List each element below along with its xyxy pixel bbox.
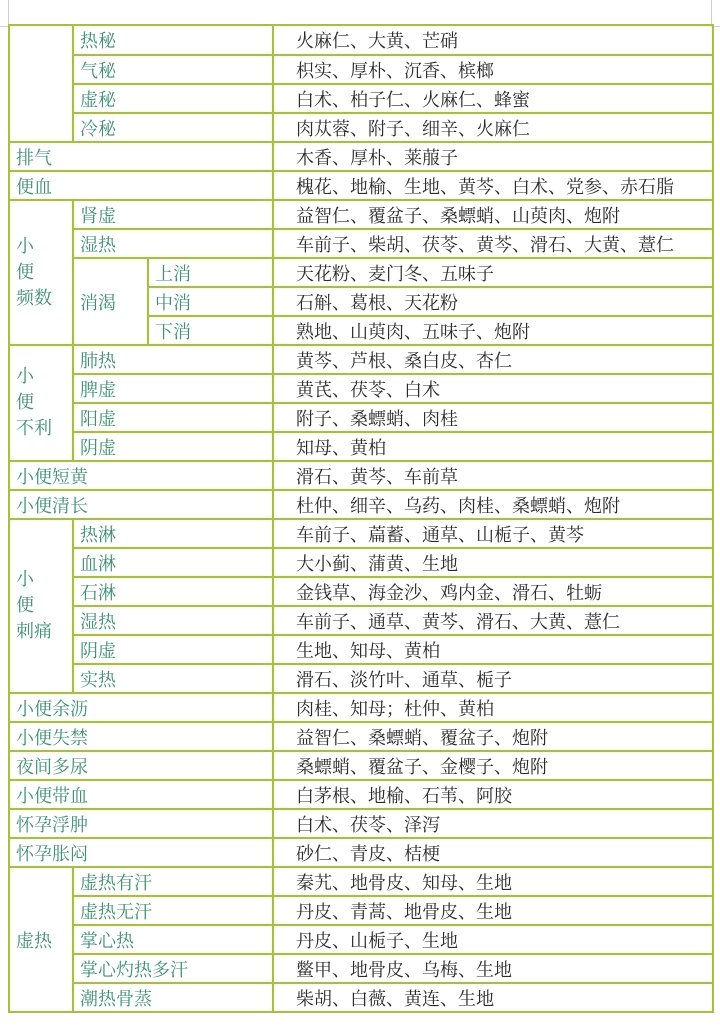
- herbs-cell: 益智仁、覆盆子、桑螵蛸、山萸肉、炮附: [272, 199, 714, 230]
- herbs-cell: 木香、厚朴、莱菔子: [272, 141, 714, 172]
- item-cell: 排气: [8, 141, 274, 172]
- herbs-cell: 滑石、淡竹叶、通草、栀子: [272, 663, 714, 694]
- item-cell: 肾虚: [72, 199, 274, 230]
- item-cell: 中消: [147, 286, 274, 317]
- item-cell: 虚热有汗: [72, 866, 274, 897]
- herbs-cell: 白茅根、地榆、石苇、阿胶: [272, 779, 714, 810]
- frequent-urination-group: 小 便频数: [8, 199, 74, 346]
- herbs-cell: 鳖甲、地骨皮、乌梅、生地: [272, 953, 714, 984]
- herbs-cell: 柴胡、白薇、黄连、生地: [272, 982, 714, 1013]
- herb-table: 小 便频数消渴小 便不利小 便刺痛虚热热秘火麻仁、大黄、芒硝气秘枳实、厚朴、沉香…: [0, 0, 720, 1026]
- difficult-urination-group: 小 便不利: [8, 344, 74, 462]
- item-cell: 怀孕浮肿: [8, 808, 274, 839]
- item-cell: 阳虚: [72, 402, 274, 433]
- herbs-cell: 肉桂、知母；杜仲、黄柏: [272, 692, 714, 723]
- item-cell: 下消: [147, 315, 274, 346]
- item-cell: 热秘: [72, 24, 274, 56]
- herbs-cell: 槐花、地榆、生地、黄芩、白术、党参、赤石脂: [272, 170, 714, 201]
- herbs-cell: 秦艽、地骨皮、知母、生地: [272, 866, 714, 897]
- herbs-cell: 大小蓟、蒲黄、生地: [272, 547, 714, 578]
- herbs-cell: 车前子、萹蓄、通草、山栀子、黄芩: [272, 518, 714, 549]
- herbs-cell: 丹皮、山栀子、生地: [272, 924, 714, 955]
- item-cell: 冷秘: [72, 112, 274, 143]
- herbs-cell: 桑螵蛸、覆盆子、金樱子、炮附: [272, 750, 714, 781]
- item-cell: 阴虚: [72, 634, 274, 665]
- item-cell: 小便短黄: [8, 460, 274, 491]
- item-cell: 怀孕胀闷: [8, 837, 274, 868]
- herbs-cell: 车前子、通草、黄芩、滑石、大黄、薏仁: [272, 605, 714, 636]
- herbs-cell: 白术、柏子仁、火麻仁、蜂蜜: [272, 83, 714, 114]
- item-cell: 小便带血: [8, 779, 274, 810]
- herbs-cell: 益智仁、桑螵蛸、覆盆子、炮附: [272, 721, 714, 752]
- item-cell: 小便失禁: [8, 721, 274, 752]
- herbs-cell: 枳实、厚朴、沉香、槟榔: [272, 54, 714, 85]
- item-cell: 虚热无汗: [72, 895, 274, 926]
- difficult-urination-group-line2: 不利: [16, 416, 52, 442]
- herbs-cell: 石斛、葛根、天花粉: [272, 286, 714, 317]
- herbs-cell: 黄芩、芦根、桑白皮、杏仁: [272, 344, 714, 375]
- item-cell: 夜间多尿: [8, 750, 274, 781]
- item-cell: 潮热骨蒸: [72, 982, 274, 1013]
- item-cell: 掌心灼热多汗: [72, 953, 274, 984]
- herbs-cell: 生地、知母、黄柏: [272, 634, 714, 665]
- herbs-cell: 附子、桑螵蛸、肉桂: [272, 402, 714, 433]
- herbs-cell: 白术、茯苓、泽泻: [272, 808, 714, 839]
- painful-urination-group-line1: 小 便: [16, 567, 72, 619]
- herbs-cell: 金钱草、海金沙、鸡内金、滑石、牡蛎: [272, 576, 714, 607]
- herbs-cell: 滑石、黄芩、车前草: [272, 460, 714, 491]
- item-cell: 便血: [8, 170, 274, 201]
- item-cell: 血淋: [72, 547, 274, 578]
- item-cell: 肺热: [72, 344, 274, 375]
- herbs-cell: 肉苁蓉、附子、细辛、火麻仁: [272, 112, 714, 143]
- frequent-urination-group-line1: 小 便: [16, 234, 72, 286]
- frequent-urination-group-line2: 频数: [16, 286, 52, 312]
- item-cell: 实热: [72, 663, 274, 694]
- item-cell: 湿热: [72, 228, 274, 259]
- herbs-cell: 砂仁、青皮、桔梗: [272, 837, 714, 868]
- item-cell: 气秘: [72, 54, 274, 85]
- herbs-cell: 杜仲、细辛、乌药、肉桂、桑螵蛸、炮附: [272, 489, 714, 520]
- herbs-cell: 熟地、山萸肉、五味子、炮附: [272, 315, 714, 346]
- herbs-cell: 知母、黄柏: [272, 431, 714, 462]
- painful-urination-group: 小 便刺痛: [8, 518, 74, 694]
- herbs-cell: 车前子、柴胡、茯苓、黄芩、滑石、大黄、薏仁: [272, 228, 714, 259]
- xiaoke-subgroup-cell: 消渴: [72, 257, 149, 346]
- item-cell: 掌心热: [72, 924, 274, 955]
- item-cell: 脾虚: [72, 373, 274, 404]
- herbs-cell: 丹皮、青蒿、地骨皮、生地: [272, 895, 714, 926]
- item-cell: 石淋: [72, 576, 274, 607]
- item-cell: 上消: [147, 257, 274, 288]
- item-cell: 阴虚: [72, 431, 274, 462]
- herbs-cell: 黄芪、茯苓、白术: [272, 373, 714, 404]
- painful-urination-group-line2: 刺痛: [16, 619, 52, 645]
- item-cell: 小便余沥: [8, 692, 274, 723]
- item-cell: 小便清长: [8, 489, 274, 520]
- herbs-cell: 天花粉、麦门冬、五味子: [272, 257, 714, 288]
- herbs-cell: 火麻仁、大黄、芒硝: [272, 24, 714, 56]
- difficult-urination-group-line1: 小 便: [16, 364, 72, 416]
- item-cell: 热淋: [72, 518, 274, 549]
- deficiency-heat-group-cell: 虚热: [8, 866, 74, 1013]
- item-cell: 湿热: [72, 605, 274, 636]
- constipation-group-cell: [8, 24, 74, 143]
- item-cell: 虚秘: [72, 83, 274, 114]
